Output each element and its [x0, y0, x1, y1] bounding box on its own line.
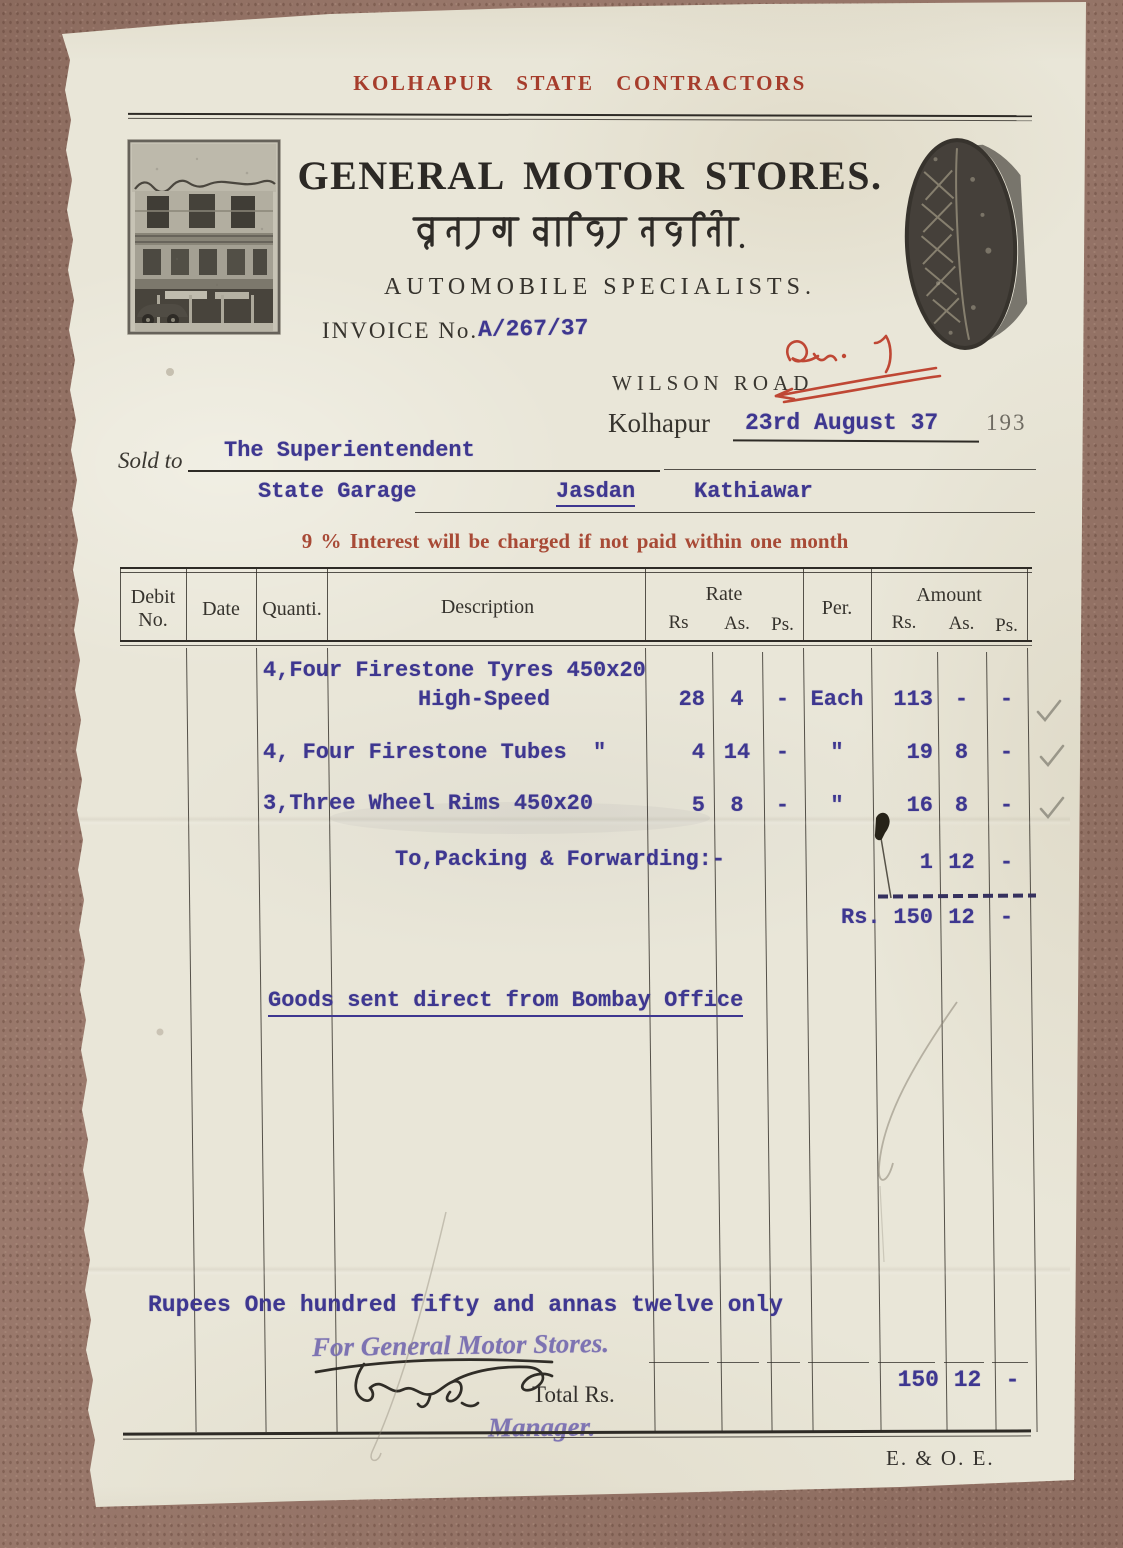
total-rule-seg1	[649, 1362, 709, 1363]
row1-amt-rs: 113	[871, 687, 933, 712]
sold-to-underline-2	[415, 512, 1035, 513]
row3-rate-ps: -	[762, 793, 803, 818]
col-debit-line2: No.	[122, 609, 184, 632]
manager-stamp: Manager.	[488, 1412, 596, 1444]
sold-to-line2-region: Kathiawar	[694, 479, 813, 504]
paper-dimple	[166, 368, 174, 376]
sold-to-underline-1b	[664, 469, 1036, 470]
col-per: Per.	[803, 597, 871, 620]
row3-description: 3,Three Wheel Rims 450x20	[263, 791, 593, 816]
row1-rate-as: 4	[712, 687, 762, 712]
sold-to-line1: The Superientendent	[224, 438, 475, 463]
v-per-amount	[871, 648, 882, 1432]
col-amount: Amount	[871, 584, 1027, 607]
sold-to-line2-org: State Garage	[258, 479, 416, 504]
row4-description: To,Packing & Forwarding:-	[395, 847, 725, 872]
row1-description-line2: High-Speed	[418, 687, 550, 712]
row4-amt-ps: -	[986, 850, 1027, 875]
col-rate-rs: Rs	[645, 612, 712, 634]
row1-amt-ps: -	[986, 687, 1027, 712]
year-prefix: 193	[986, 410, 1027, 436]
row2-rate-rs: 4	[645, 740, 705, 765]
header-v-right	[1027, 567, 1028, 642]
sold-to-underline-1	[188, 470, 660, 472]
company-name-devanagari	[412, 210, 752, 256]
header-v-3	[327, 567, 328, 642]
v-table-right	[1027, 648, 1038, 1432]
city-label: Kolhapur	[608, 408, 710, 439]
col-rate-ps: Ps.	[762, 614, 803, 636]
row1-per: Each	[803, 687, 871, 712]
top-double-rule	[128, 111, 1032, 123]
total-rule-seg7	[992, 1362, 1028, 1363]
total-rule-seg3	[767, 1362, 800, 1363]
row3-amt-rs: 16	[871, 793, 933, 818]
total-row-rule	[0, 1362, 1123, 1364]
invoice-number-label: INVOICE No.	[322, 318, 478, 344]
row1-amt-as: -	[937, 687, 986, 712]
row2-rate-ps: -	[762, 740, 803, 765]
col-amount-ps: Ps.	[986, 615, 1027, 637]
invoice-sheet: KOLHAPUR STATE CONTRACTORS	[0, 0, 1123, 1548]
col-quantity: Quanti.	[258, 598, 326, 621]
interest-note: 9 % Interest will be charged if not paid…	[270, 529, 880, 554]
v-amount-rs-as	[937, 652, 948, 1432]
row1-description: 4,Four Firestone Tyres 450x20	[263, 658, 646, 683]
row1-rate-ps: -	[762, 687, 803, 712]
total-as: 12	[943, 1367, 992, 1393]
red-ink-scribble	[748, 326, 948, 410]
invoice-date: 23rd August 37	[745, 410, 938, 436]
total-rule-seg6	[944, 1362, 984, 1363]
errors-omissions-note: E. & O. E.	[886, 1446, 995, 1471]
row2-amt-ps: -	[986, 740, 1027, 765]
row2-description: 4, Four Firestone Tubes "	[263, 740, 606, 765]
banner-kolhapur-state-contractors: KOLHAPUR STATE CONTRACTORS	[330, 71, 830, 96]
sold-to-label: Sold to	[118, 448, 183, 474]
subtotal-ps: -	[986, 905, 1027, 930]
total-rule-seg5	[878, 1362, 935, 1363]
row4-amt-rs: 1	[871, 850, 933, 875]
amount-in-words: Rupees One hundred fifty and annas twelv…	[148, 1292, 783, 1318]
row2-amt-rs: 19	[871, 740, 933, 765]
total-rule-seg2	[717, 1362, 759, 1363]
tyre-graphic	[894, 129, 1030, 359]
date-underline	[733, 439, 979, 442]
col-debit-line1: Debit	[122, 586, 184, 609]
row3-amt-as: 8	[937, 793, 986, 818]
fold-line-lower	[70, 1266, 1070, 1276]
row3-rate-as: 8	[712, 793, 762, 818]
sold-to-line2-place: Jasdan	[556, 479, 635, 507]
subtotal-as: 12	[937, 905, 986, 930]
total-label: Total Rs.	[532, 1382, 615, 1408]
row3-per: "	[803, 793, 871, 818]
row2-rate-as: 14	[712, 740, 762, 765]
col-rate: Rate	[645, 583, 803, 606]
building-photo	[127, 139, 281, 335]
v-amount-as-ps	[986, 652, 997, 1432]
rule-thin	[128, 118, 1032, 121]
col-amount-as: As.	[937, 613, 986, 635]
shipping-note: Goods sent direct from Bombay Office	[268, 988, 743, 1017]
scan-mat-background: KOLHAPUR STATE CONTRACTORS	[0, 0, 1123, 1548]
row3-rate-rs: 5	[645, 793, 705, 818]
invoice-number-value: A/267/37	[478, 315, 589, 343]
row2-amt-as: 8	[937, 740, 986, 765]
rule-thick	[128, 113, 1032, 118]
subtotal-rs: 150	[871, 905, 933, 930]
row3-amt-ps: -	[986, 793, 1027, 818]
fold-line-upper	[70, 816, 1070, 826]
v-rate-per	[803, 648, 814, 1432]
row4-amt-as: 12	[937, 850, 986, 875]
col-amount-rs: Rs.	[871, 612, 937, 634]
company-name: GENERAL MOTOR STORES.	[260, 152, 920, 199]
total-rule-seg4	[808, 1362, 869, 1363]
row2-per: "	[803, 740, 871, 765]
total-rs: 150	[877, 1367, 939, 1393]
total-ps: -	[992, 1367, 1033, 1393]
row1-rate-rs: 28	[645, 687, 705, 712]
col-rate-as: As.	[712, 613, 762, 635]
col-debit-no: Debit No.	[122, 586, 184, 632]
company-tagline: AUTOMOBILE SPECIALISTS.	[300, 274, 900, 301]
table-header-bottom-rule-thin	[120, 645, 1032, 646]
col-description: Description	[330, 596, 645, 619]
col-date: Date	[188, 598, 254, 621]
